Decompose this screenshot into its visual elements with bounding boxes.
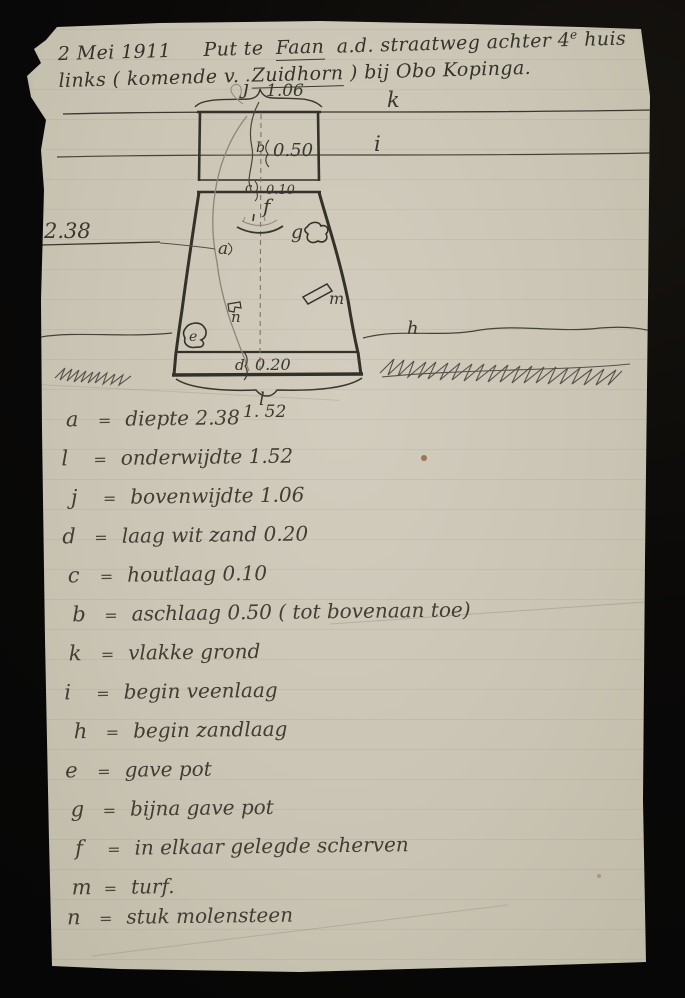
label-e: e xyxy=(189,329,197,345)
legend-row: k = vlakke grond xyxy=(69,637,624,666)
legend-letter: f xyxy=(75,838,105,859)
measurement-depth: 2.38 xyxy=(43,219,91,243)
ground-line-k xyxy=(63,110,650,114)
legend-text: begin veenlaag xyxy=(124,680,278,703)
equals-sign: = xyxy=(104,605,118,626)
pencil-flourish xyxy=(231,84,243,104)
label-g: g xyxy=(291,221,303,243)
sherd-dish-sketch xyxy=(237,214,283,233)
legend-letter: k xyxy=(69,643,99,664)
equals-sign: = xyxy=(99,908,113,929)
label-b: b xyxy=(256,140,265,156)
sand-hatching-scribble xyxy=(55,359,630,385)
legend-row: e = gave pot xyxy=(65,754,625,783)
legend-row: j = bovenwijdte 1.06 xyxy=(71,481,622,510)
legend-row: l = onderwijdte 1.52 xyxy=(61,442,621,471)
equals-sign: = xyxy=(106,722,120,743)
equals-sign: = xyxy=(93,449,107,470)
legend-text: laag wit zand 0.20 xyxy=(122,523,309,546)
equals-sign: = xyxy=(103,800,117,821)
sand-line-h-left xyxy=(41,333,172,337)
scan-background: 2 Mei 1911 Put te Faan a.d. straatweg ac… xyxy=(0,0,685,998)
measurement-sand: 0.20 xyxy=(255,355,291,374)
legend-letter: h xyxy=(74,721,104,742)
legend-text: onderwijdte 1.52 xyxy=(121,446,294,469)
legend-row: a = diepte 2.38 xyxy=(66,403,621,432)
legend-text: begin zandlaag xyxy=(133,719,288,742)
equals-sign: = xyxy=(96,683,110,704)
legend-text: stuk molensteen xyxy=(126,905,293,928)
measurement-top-width: 1.06 xyxy=(266,81,304,101)
legend-text: aschlaag 0.50 ( tot bovenaan toe) xyxy=(132,599,471,624)
equals-sign: = xyxy=(94,527,108,548)
legend-row: i = begin veenlaag xyxy=(64,676,624,705)
legend-text: gave pot xyxy=(124,759,211,781)
legend-letter: a xyxy=(66,409,96,430)
legend-row: d = laag wit zand 0.20 xyxy=(62,520,622,549)
legend-letter: i xyxy=(64,682,94,703)
legend-text: bijna gave pot xyxy=(130,797,274,820)
legend-row: h = begin zandlaag xyxy=(74,715,625,744)
paper-sheet: 2 Mei 1911 Put te Faan a.d. straatweg ac… xyxy=(0,0,685,998)
legend-row: m = turf. xyxy=(72,871,627,900)
label-i: i xyxy=(374,132,381,156)
depth-brace xyxy=(228,243,232,255)
label-m: m xyxy=(329,289,344,308)
label-d: d xyxy=(235,356,245,374)
legend-letter: c xyxy=(68,565,98,586)
legend-text: houtlaag 0.10 xyxy=(127,563,267,586)
label-a: a xyxy=(218,239,228,259)
legend-row: b = aschlaag 0.50 ( tot bovenaan toe) xyxy=(72,598,623,627)
legend-letter: n xyxy=(67,907,97,928)
legend-text: vlakke grond xyxy=(128,641,260,664)
depth-leader-line xyxy=(160,243,215,249)
label-n: n xyxy=(231,308,241,326)
label-k: k xyxy=(387,88,400,112)
equals-sign: = xyxy=(104,878,118,899)
legend-row: g = bijna gave pot xyxy=(71,793,626,822)
legend-letter: l xyxy=(61,448,91,469)
equals-sign: = xyxy=(97,761,111,782)
measurement-legend: a = diepte 2.38 l = onderwijdte 1.52 j =… xyxy=(61,403,627,938)
turf-sketch-m xyxy=(303,284,332,304)
label-h: h xyxy=(407,318,419,339)
legend-row: n = stuk molensteen xyxy=(67,901,627,930)
equals-sign: = xyxy=(100,566,114,587)
legend-text: turf. xyxy=(131,876,175,898)
equals-sign: = xyxy=(98,410,112,431)
legend-letter: b xyxy=(72,604,102,625)
legend-letter: j xyxy=(71,487,101,508)
legend-letter: g xyxy=(71,799,101,820)
equals-sign: = xyxy=(107,839,121,860)
measurement-ash: 0.50 xyxy=(273,140,313,161)
peat-line-i xyxy=(57,153,651,157)
legend-row: f = in elkaar gelegde scherven xyxy=(75,832,626,861)
bottom-width-brace xyxy=(176,378,362,396)
well-outline xyxy=(172,111,363,375)
legend-letter: m xyxy=(72,877,102,898)
equals-sign: = xyxy=(101,644,115,665)
legend-text: bovenwijdte 1.06 xyxy=(130,484,304,507)
legend-text: in elkaar gelegde scherven xyxy=(134,834,408,858)
legend-letter: d xyxy=(62,526,92,547)
pot-sketch-g xyxy=(305,222,328,242)
equals-sign: = xyxy=(103,488,117,509)
legend-letter: e xyxy=(65,760,95,781)
ash-brace xyxy=(266,140,269,167)
legend-row: c = houtlaag 0.10 xyxy=(68,559,623,588)
label-c: c xyxy=(245,181,253,196)
legend-text: diepte 2.38 xyxy=(125,407,240,429)
